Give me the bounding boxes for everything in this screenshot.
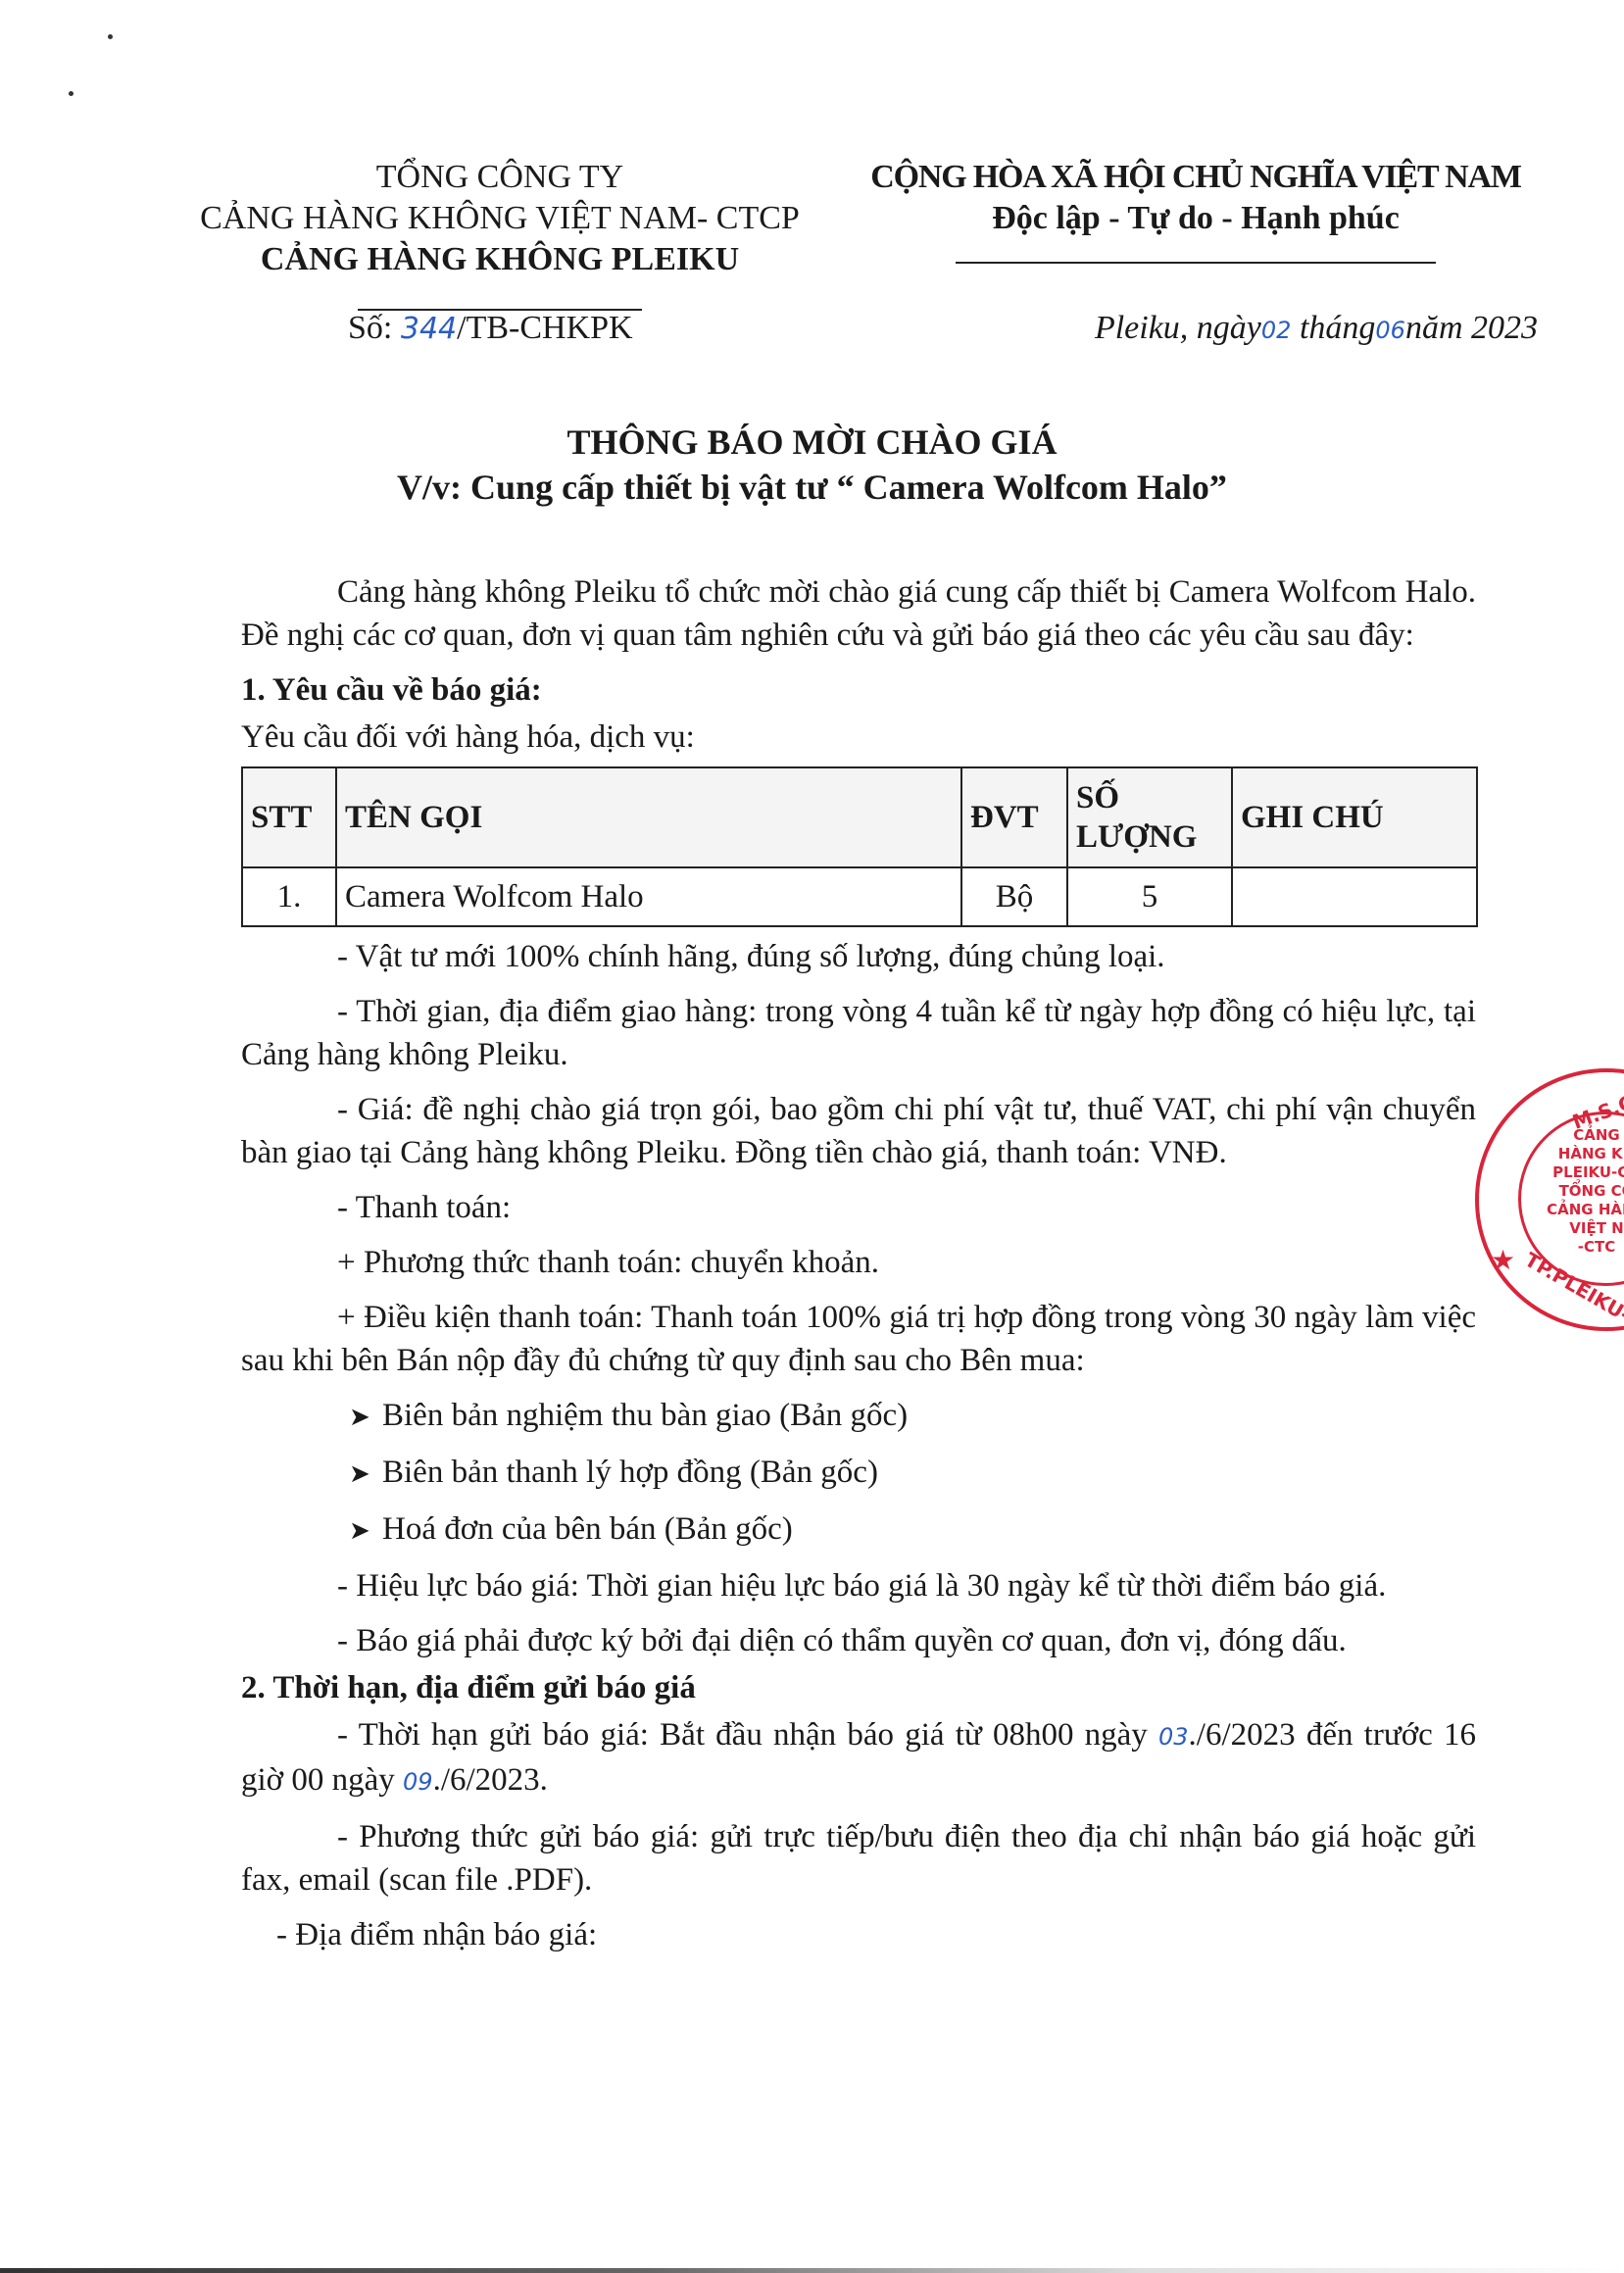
stamp-line: HÀNG KH bbox=[1528, 1145, 1624, 1163]
cell-name: Camera Wolfcom Halo bbox=[336, 867, 961, 926]
col-quantity: SỐ LƯỢNG bbox=[1067, 767, 1232, 867]
document-item: ➤Biên bản nghiệm thu bàn giao (Bản gốc) bbox=[241, 1394, 1476, 1439]
section-1-heading: 1. Yêu cầu về báo giá: bbox=[241, 668, 1476, 712]
submission-location: - Địa điểm nhận báo giá: bbox=[241, 1913, 1476, 1956]
date-month-handwritten: 06 bbox=[1375, 317, 1405, 344]
section-2-heading: 2. Thời hạn, địa điểm gửi báo giá bbox=[241, 1666, 1476, 1709]
cell-note bbox=[1232, 867, 1477, 926]
arrow-bullet-icon: ➤ bbox=[349, 1396, 382, 1439]
req-payment: - Thanh toán: bbox=[241, 1186, 1476, 1229]
scan-speck bbox=[108, 34, 113, 39]
document-body: Cảng hàng không Pleiku tổ chức mời chào … bbox=[241, 570, 1476, 1968]
document-item: ➤Hoá đơn của bên bán (Bản gốc) bbox=[241, 1507, 1476, 1553]
deadline-text-1: - Thời hạn gửi báo giá: Bắt đầu nhận báo… bbox=[337, 1717, 1158, 1753]
req-new: - Vật tư mới 100% chính hãng, đúng số lư… bbox=[241, 935, 1476, 978]
deadline-text-3: ./6/2023. bbox=[433, 1762, 548, 1798]
req-validity: - Hiệu lực báo giá: Thời gian hiệu lực b… bbox=[241, 1564, 1476, 1607]
stamp-center-text: CẢNG HÀNG KH PLEIKU-CH TỔNG CÔ CẢNG HÀNG… bbox=[1528, 1126, 1624, 1257]
col-unit: ĐVT bbox=[961, 767, 1067, 867]
col-name: TÊN GỌI bbox=[336, 767, 961, 867]
cell-stt: 1. bbox=[242, 867, 336, 926]
document-item-label: Hoá đơn của bên bán (Bản gốc) bbox=[382, 1511, 793, 1547]
document-item: ➤Biên bản thanh lý hợp đồng (Bản gốc) bbox=[241, 1451, 1476, 1496]
scan-speck bbox=[69, 91, 74, 96]
stamp-line: CẢNG bbox=[1528, 1126, 1624, 1145]
deadline-paragraph: - Thời hạn gửi báo giá: Bắt đầu nhận báo… bbox=[241, 1713, 1476, 1804]
date-month-label: tháng bbox=[1300, 310, 1375, 346]
req-signature: - Báo giá phải được ký bởi đại diện có t… bbox=[241, 1619, 1476, 1662]
date-place: Pleiku, ngày bbox=[1095, 310, 1261, 346]
req-price: - Giá: đề nghị chào giá trọn gói, bao gồ… bbox=[241, 1088, 1476, 1174]
payment-method: + Phương thức thanh toán: chuyển khoản. bbox=[241, 1241, 1476, 1284]
doc-number-suffix: /TB-CHKPK bbox=[457, 310, 632, 346]
nation-underline bbox=[956, 262, 1436, 264]
org-line-1: TỔNG CÔNG TY bbox=[147, 157, 853, 198]
document-number: Số: 344/TB-CHKPK bbox=[348, 310, 633, 347]
col-note: GHI CHÚ bbox=[1232, 767, 1477, 867]
star-icon: ★ bbox=[1491, 1244, 1515, 1276]
arrow-bullet-icon: ➤ bbox=[349, 1453, 382, 1496]
stamp-line: PLEIKU-CH bbox=[1528, 1163, 1624, 1182]
document-date: Pleiku, ngày02 tháng06năm 2023 bbox=[1095, 310, 1538, 347]
organization-header: TỔNG CÔNG TY CẢNG HÀNG KHÔNG VIỆT NAM- C… bbox=[147, 157, 853, 321]
scan-edge bbox=[0, 2268, 1624, 2273]
title-subject: V/v: Cung cấp thiết bị vật tư “ Camera W… bbox=[0, 465, 1624, 510]
deadline-start-day-handwritten: 03 bbox=[1158, 1723, 1189, 1751]
title-main: THÔNG BÁO MỜI CHÀO GIÁ bbox=[0, 420, 1624, 465]
submission-method: - Phương thức gửi báo giá: gửi trực tiếp… bbox=[241, 1815, 1476, 1902]
company-stamp: M.S.C.N:03116385 TP.PLEIKU-T ★ CẢNG HÀNG… bbox=[1475, 1068, 1624, 1331]
stamp-line: TỔNG CÔ bbox=[1528, 1182, 1624, 1201]
table-header-row: STT TÊN GỌI ĐVT SỐ LƯỢNG GHI CHÚ bbox=[242, 767, 1477, 867]
document-item-label: Biên bản thanh lý hợp đồng (Bản gốc) bbox=[382, 1455, 878, 1490]
stamp-line: VIỆT N bbox=[1528, 1219, 1624, 1238]
col-stt: STT bbox=[242, 767, 336, 867]
doc-number-handwritten: 344 bbox=[401, 312, 457, 346]
intro-paragraph: Cảng hàng không Pleiku tổ chức mời chào … bbox=[241, 570, 1476, 657]
arrow-bullet-icon: ➤ bbox=[349, 1509, 382, 1553]
date-year: năm 2023 bbox=[1405, 310, 1538, 346]
req-delivery: - Thời gian, địa điểm giao hàng: trong v… bbox=[241, 990, 1476, 1076]
nation-line-1: CỘNG HÒA XÃ HỘI CHỦ NGHĨA VIỆT NAM bbox=[853, 157, 1539, 198]
items-table: STT TÊN GỌI ĐVT SỐ LƯỢNG GHI CHÚ 1. Came… bbox=[241, 766, 1478, 927]
cell-quantity: 5 bbox=[1067, 867, 1232, 926]
date-day-handwritten: 02 bbox=[1261, 317, 1292, 344]
document-title: THÔNG BÁO MỜI CHÀO GIÁ V/v: Cung cấp thi… bbox=[0, 420, 1624, 510]
national-header: CỘNG HÒA XÃ HỘI CHỦ NGHĨA VIỆT NAM Độc l… bbox=[853, 157, 1539, 274]
org-line-3: CẢNG HÀNG KHÔNG PLEIKU bbox=[147, 239, 853, 280]
doc-number-prefix: Số: bbox=[348, 310, 392, 346]
stamp-line: -CTC bbox=[1528, 1238, 1624, 1257]
org-line-2: CẢNG HÀNG KHÔNG VIỆT NAM- CTCP bbox=[147, 198, 853, 239]
table-caption: Yêu cầu đối với hàng hóa, dịch vụ: bbox=[241, 716, 1476, 759]
payment-condition: + Điều kiện thanh toán: Thanh toán 100% … bbox=[241, 1296, 1476, 1382]
cell-unit: Bộ bbox=[961, 867, 1067, 926]
deadline-end-day-handwritten: 09 bbox=[403, 1768, 433, 1796]
stamp-line: CẢNG HÀNG bbox=[1528, 1201, 1624, 1219]
document-item-label: Biên bản nghiệm thu bàn giao (Bản gốc) bbox=[382, 1398, 908, 1433]
table-row: 1. Camera Wolfcom Halo Bộ 5 bbox=[242, 867, 1477, 926]
